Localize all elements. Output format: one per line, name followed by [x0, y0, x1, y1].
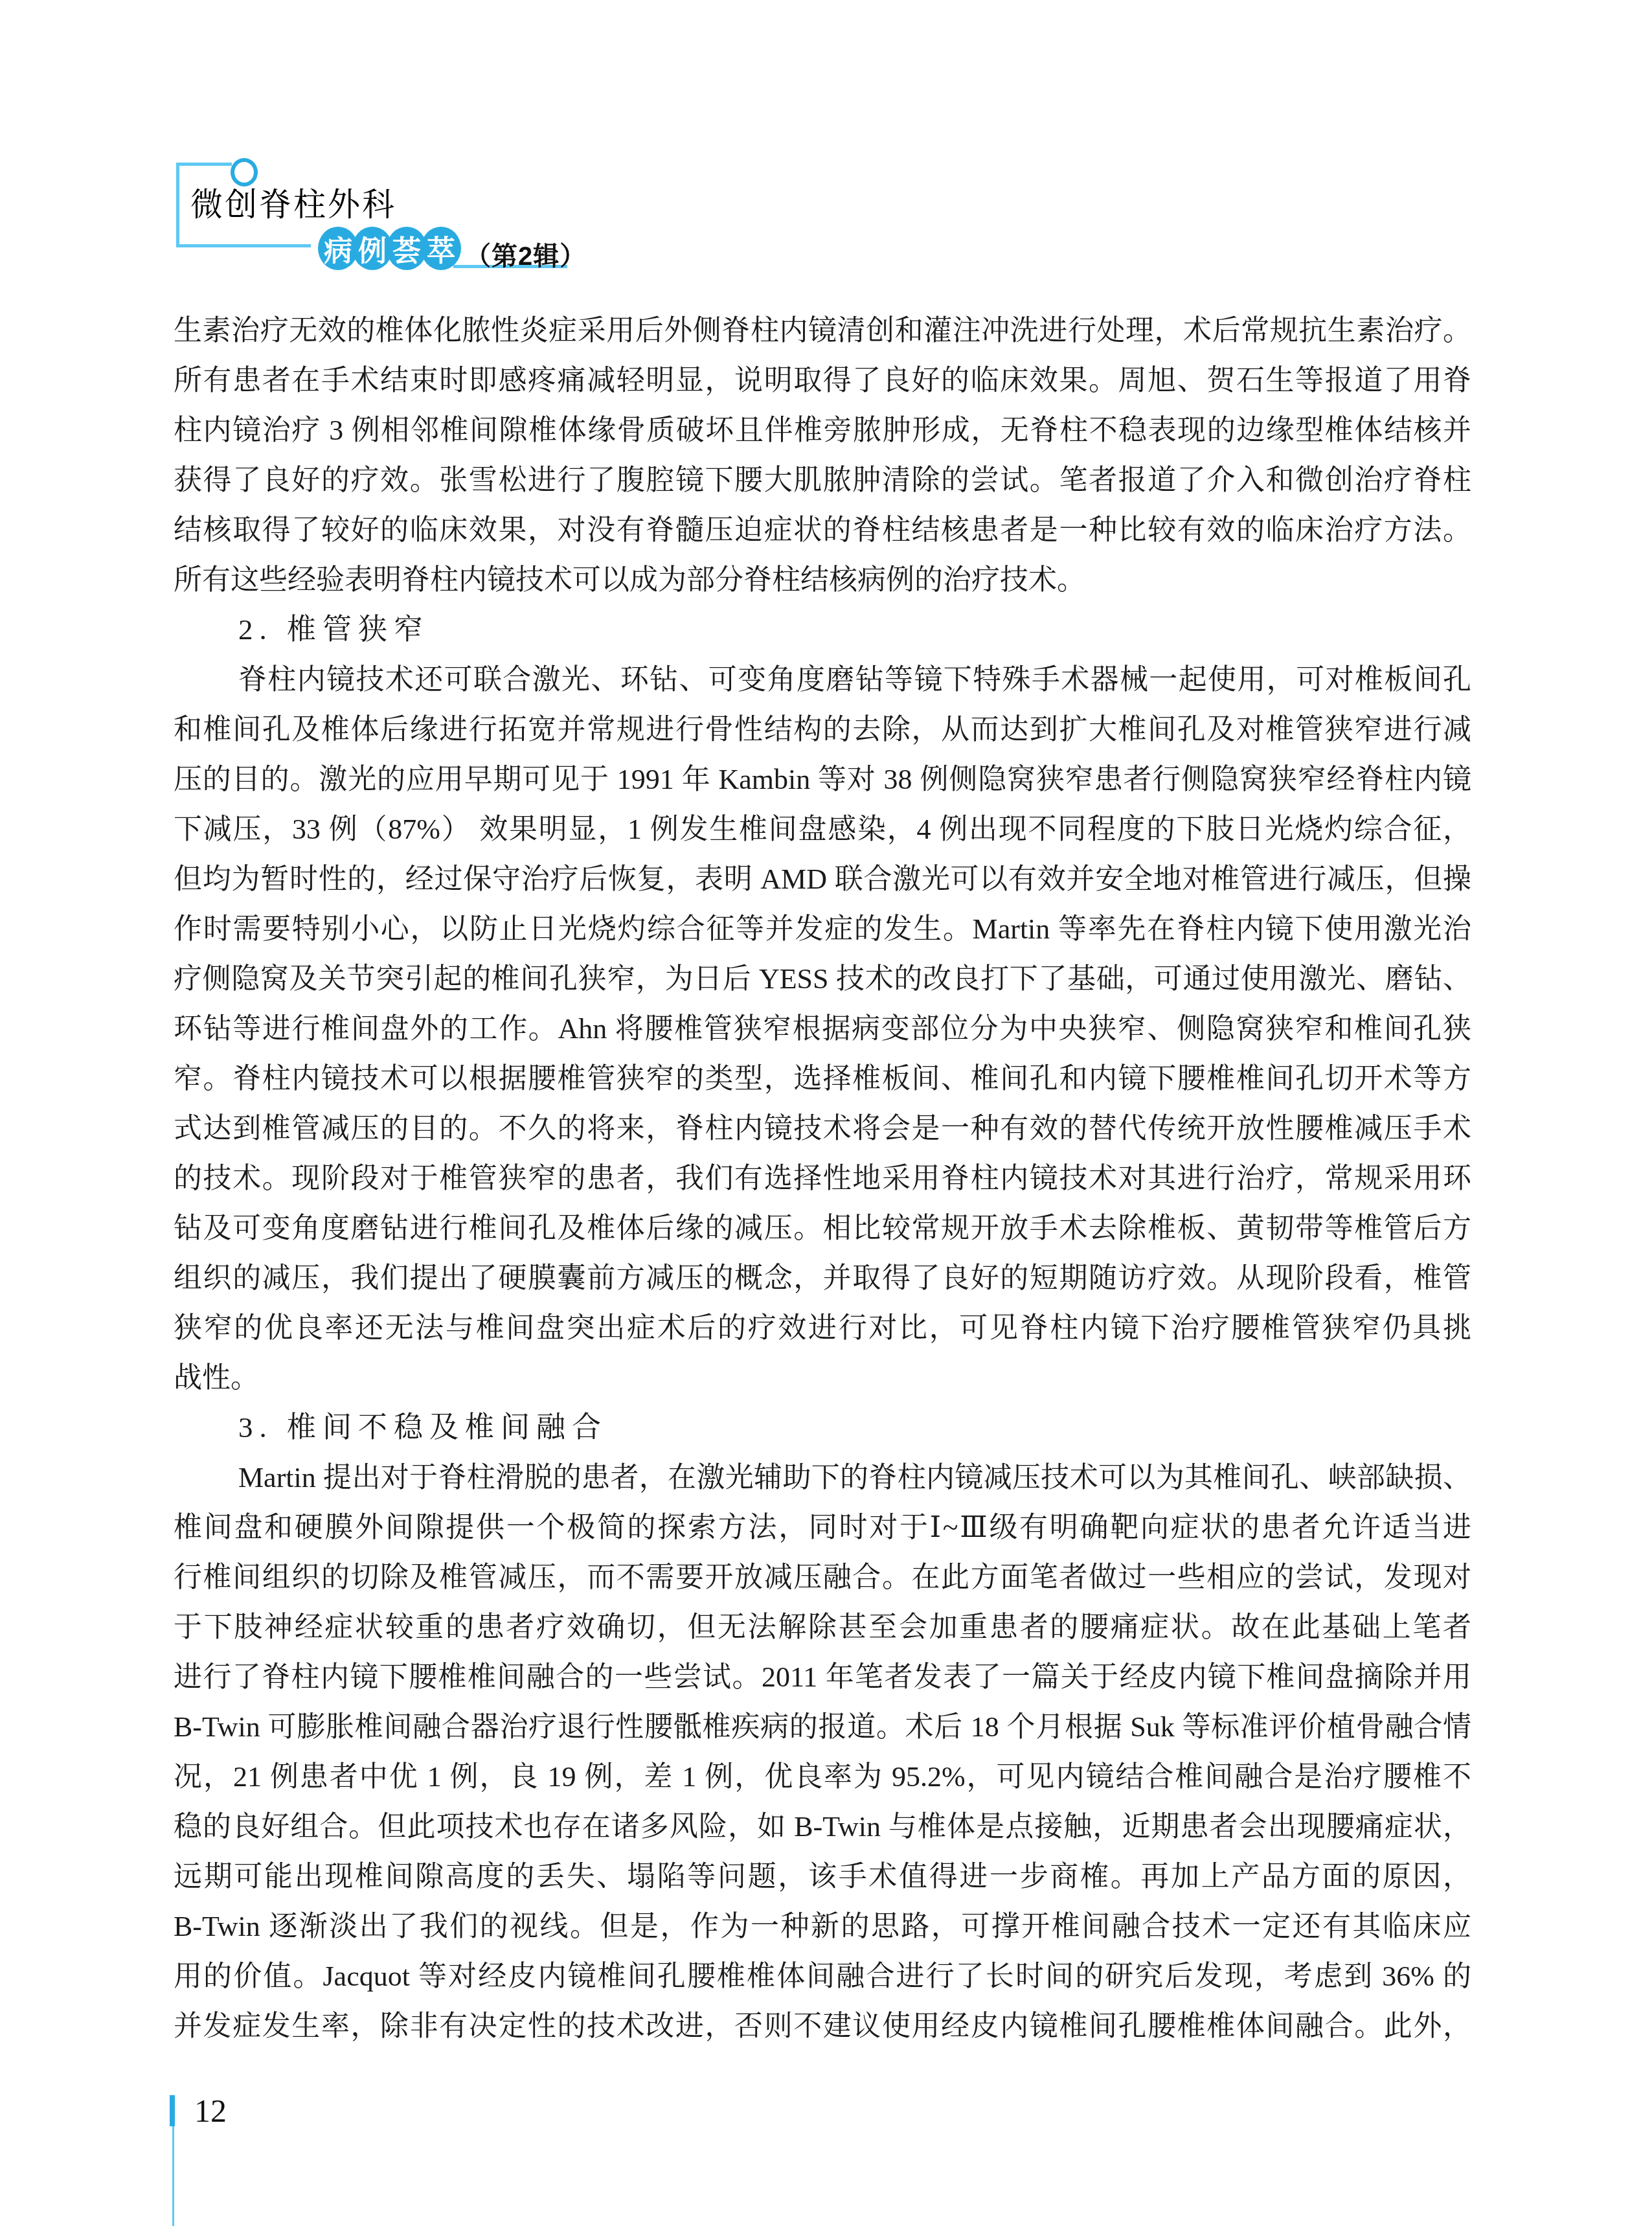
page-number: 12	[194, 2094, 227, 2128]
body-text-line: 狭窄的优良率还无法与椎间盘突出症术后的疗效进行对比，可见脊柱内镜下治疗腰椎管狭窄…	[174, 1303, 1471, 1353]
body-text-line: 疗侧隐窝及关节突引起的椎间孔狭窄，为日后 YESS 技术的改良打下了基础，可通过…	[174, 954, 1471, 1004]
volume-label: （第2辑）	[465, 236, 586, 273]
body-text-line: 行椎间组织的切除及椎管减压，而不需要开放减压融合。在此方面笔者做过一些相应的尝试…	[174, 1552, 1471, 1602]
badge-circle: 萃	[421, 227, 461, 270]
header-ring-decoration	[231, 158, 258, 187]
section-heading: 3. 椎间不稳及椎间融合	[174, 1403, 1471, 1453]
body-text-line: 所有这些经验表明脊柱内镜技术可以成为部分脊柱结核病例的治疗技术。	[174, 555, 1471, 605]
body-text-line: 脊柱内镜技术还可联合激光、环钻、可变角度磨钻等镜下特殊手术器械一起使用，可对椎板…	[174, 655, 1471, 705]
body-text-line: 于下肢神经症状较重的患者疗效确切，但无法解除甚至会加重患者的腰痛症状。故在此基础…	[174, 1602, 1471, 1652]
body-text-line: 环钻等进行椎间盘外的工作。Ahn 将腰椎管狭窄根据病变部位分为中央狭窄、侧隐窝狭…	[174, 1004, 1471, 1054]
book-title: 微创脊柱外科	[190, 187, 396, 223]
body-text-line: 柱内镜治疗 3 例相邻椎间隙椎体缘骨质破坏且伴椎旁脓肿形成，无脊柱不稳表现的边缘…	[174, 405, 1471, 455]
body-text-line: 组织的减压，我们提出了硬膜囊前方减压的概念，并取得了良好的短期随访疗效。从现阶段…	[174, 1253, 1471, 1303]
body-text-line: B-Twin 可膨胀椎间融合器治疗退行性腰骶椎疾病的报道。术后 18 个月根据 …	[174, 1702, 1471, 1752]
spine-decoration-line	[172, 2126, 174, 2226]
body-text-line: 的技术。现阶段对于椎管狭窄的患者，我们有选择性地采用脊柱内镜技术对其进行治疗，常…	[174, 1153, 1471, 1203]
header-decoration-line-bottom	[176, 244, 311, 247]
body-text-line: 进行了脊柱内镜下腰椎椎间融合的一些尝试。2011 年笔者发表了一篇关于经皮内镜下…	[174, 1652, 1471, 1702]
body-text-line: 式达到椎管减压的目的。不久的将来，脊柱内镜技术将会是一种有效的替代传统开放性腰椎…	[174, 1104, 1471, 1153]
header-decoration-line-top	[176, 163, 232, 166]
header-decoration-line-left	[176, 163, 179, 247]
body-text-line: 用的价值。Jacquot 等对经皮内镜椎间孔腰椎椎体间融合进行了长时间的研究后发…	[174, 1951, 1471, 2001]
body-text-line: 所有患者在手术结束时即感疼痛减轻明显，说明取得了良好的临床效果。周旭、贺石生等报…	[174, 356, 1471, 405]
body-text-line: 况，21 例患者中优 1 例，良 19 例，差 1 例，优良率为 95.2%，可…	[174, 1752, 1471, 1802]
body-text-line: 钻及可变角度磨钻进行椎间孔及椎体后缘的减压。相比较常规开放手术去除椎板、黄韧带等…	[174, 1203, 1471, 1253]
body-text-line: 并发症发生率，除非有决定性的技术改进，否则不建议使用经皮内镜椎间孔腰椎椎体间融合…	[174, 2001, 1471, 2051]
body-text-line: 结核取得了较好的临床效果，对没有脊髓压迫症状的脊柱结核患者是一种比较有效的临床治…	[174, 505, 1471, 555]
body-text-line: 稳的良好组合。但此项技术也存在诸多风险，如 B-Twin 与椎体是点接触，近期患…	[174, 1802, 1471, 1852]
body-text-line: 压的目的。激光的应用早期可见于 1991 年 Kambin 等对 38 例侧隐窝…	[174, 755, 1471, 804]
body-text-line: 生素治疗无效的椎体化脓性炎症采用后外侧脊柱内镜清创和灌注冲洗进行处理，术后常规抗…	[174, 306, 1471, 356]
body-text-line: 下减压，33 例（87%） 效果明显，1 例发生椎间盘感染，4 例出现不同程度的…	[174, 804, 1471, 854]
book-page: 微创脊柱外科 病 例 荟 萃 （第2辑） 生素治疗无效的椎体化脓性炎症采用后外侧…	[0, 0, 1652, 2226]
body-text-line: Martin 提出对于脊柱滑脱的患者，在激光辅助下的脊柱内镜减压技术可以为其椎间…	[174, 1453, 1471, 1503]
body-text: 生素治疗无效的椎体化脓性炎症采用后外侧脊柱内镜清创和灌注冲洗进行处理，术后常规抗…	[174, 306, 1471, 2051]
body-text-line: B-Twin 逐渐淡出了我们的视线。但是，作为一种新的思路，可撑开椎间融合技术一…	[174, 1902, 1471, 1951]
body-text-line: 获得了良好的疗效。张雪松进行了腹腔镜下腰大肌脓肿清除的尝试。笔者报道了介入和微创…	[174, 455, 1471, 505]
body-text-line: 但均为暂时性的，经过保守治疗后恢复，表明 AMD 联合激光可以有效并安全地对椎管…	[174, 854, 1471, 904]
body-text-line: 远期可能出现椎间隙高度的丢失、塌陷等问题，该手术值得进一步商榷。再加上产品方面的…	[174, 1852, 1471, 1902]
footer-accent-bar	[170, 2095, 175, 2126]
body-text-line: 作时需要特别小心，以防止日光烧灼综合征等并发症的发生。Martin 等率先在脊柱…	[174, 904, 1471, 954]
body-text-line: 和椎间孔及椎体后缘进行拓宽并常规进行骨性结构的去除，从而达到扩大椎间孔及对椎管狭…	[174, 705, 1471, 755]
body-text-line: 椎间盘和硬膜外间隙提供一个极简的探索方法，同时对于Ⅰ~Ⅲ级有明确靶向症状的患者允…	[174, 1503, 1471, 1552]
body-text-line: 窄。脊柱内镜技术可以根据腰椎管狭窄的类型，选择椎板间、椎间孔和内镜下腰椎椎间孔切…	[174, 1054, 1471, 1104]
body-text-line: 战性。	[174, 1353, 1471, 1403]
section-heading: 2. 椎管狭窄	[174, 605, 1471, 655]
